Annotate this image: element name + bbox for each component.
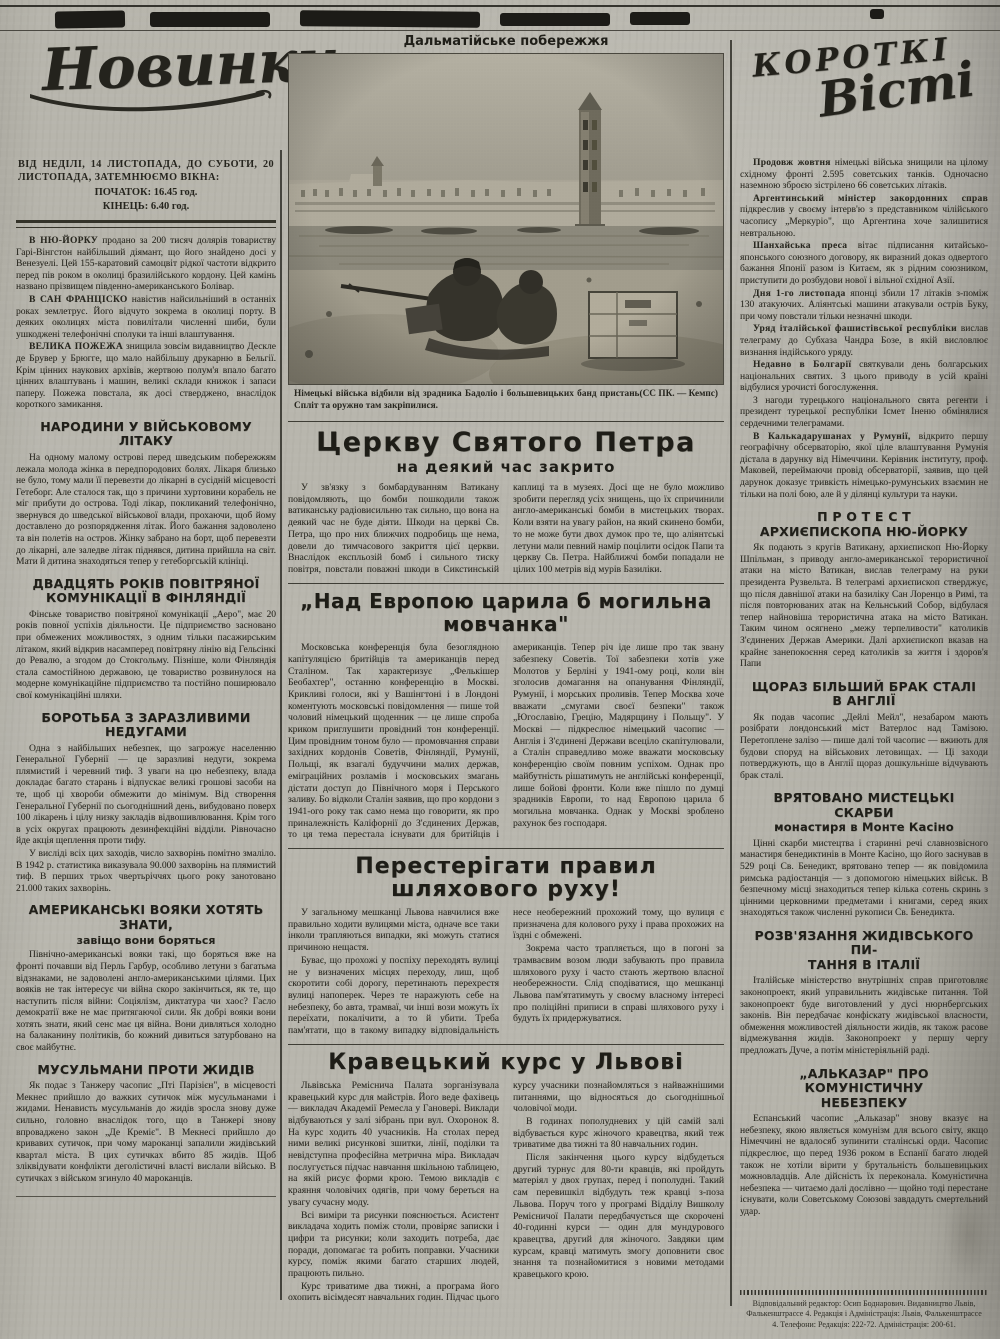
right-section-steel-shortage: ЩОРАЗ БІЛЬШИЙ БРАК СТАЛІ В АНГЛІЇ Як под… [740,672,988,784]
article-title: Церкву Святого Петра [288,428,724,457]
right-column: КОРОТКІ Вісті Продовж жовтня німецькі ві… [740,40,988,1330]
section-title: РОЗВ'ЯЗАННЯ ЖИДІВСЬКОГО ПИ- [744,929,984,958]
article-paragraph: В годинах пополудневих у цій самій залі … [513,1116,724,1151]
cutoff-headline-fragment [500,13,610,26]
article-body: Львівська Реміснича Палата зорганізувала… [288,1080,724,1304]
brief-lead: ВЕЛИКА ПОЖЕЖА [29,342,123,352]
right-section-monte-cassino: ВРЯТОВАНО МИСТЕЦЬКІ СКАРБИ монастиря в М… [740,783,988,921]
article-paragraph: Фінське товариство повітряної комунікаці… [16,610,276,703]
news-brief: ВЕЛИКА ПОЖЕЖА знищила зовсім видавництво… [16,342,276,412]
column-rule-left [280,150,282,1300]
news-brief: В НЮ-ЙОРКУ продано за 200 тисяч долярів … [16,236,276,294]
article-title: „Над Европою царила б могильна мовчанка" [288,590,724,636]
brief-lead: Аргентинський міністер закордонних справ [753,194,988,204]
article-paragraph: Зокрема часто трапляється, що в погоні з… [513,943,724,1025]
blackout-start: ПОЧАТОК: 16.45 год. [16,186,276,200]
article-paragraph: Північно-американські вояки такі, що бор… [16,950,276,1054]
article-traffic-rules: Перестерігати правил шляхового руху! У з… [288,848,724,1037]
section-title-line2: НЕБЕЗПЕКУ [744,1096,984,1111]
brief-text: знищила зовсім видавництво Дескле де Бру… [16,342,276,410]
section-title: НАРОДИНИ У ВІЙСЬКОВОМУ ЛІТАКУ [20,420,272,449]
article-paragraph: Як подає з Танжеру часопис „Пті Парізієн… [16,1081,276,1185]
section-title: АМЕРИКАНСЬКІ ВОЯКИ ХОТЯТЬ ЗНАТИ, [20,903,272,932]
section-title-line2: В АНГЛІЇ [744,694,984,709]
brief-lead: Дня 1-го листопада [753,289,846,299]
article-paragraph: У висліді всіх цих заходів, число захвор… [16,849,276,895]
left-column: Новинки ВІД НЕДІЛІ, 14 ЛИСТОПАДА, ДО СУБ… [16,36,276,1197]
brief-lead: Шанхайська преса [753,241,847,251]
article-paragraph: Всі виміри та рисунки пояснюється. Асист… [288,1210,499,1280]
photo-illustration [289,54,723,384]
cutoff-headline-fragment [150,12,270,27]
brief-lead: З нагоди турецького національного свята [753,396,939,406]
news-brief: В Калькадарушанах у Румунії, відкрито пе… [740,432,988,502]
section-subtitle: завіщо вони боряться [16,934,276,947]
top-rule [0,5,1000,7]
article-st-peters: Церкву Святого Петра на деякий час закри… [288,421,724,576]
article-paragraph: На одному малому острові перед шведським… [16,453,276,569]
news-brief: Шанхайська преса вітає підписання китайс… [740,241,988,287]
blackout-notice: ВІД НЕДІЛІ, 14 ЛИСТОПАДА, ДО СУБОТИ, 20 … [18,158,274,184]
article-body: У зв'язку з бомбардуванням Ватикану пові… [288,482,724,576]
article-paragraph: Еспанський часопис „Альказар" знову вказ… [740,1114,988,1218]
photo-credit: (СС ПК. — Кемпс) [639,389,718,401]
photo-split-harbor [288,53,724,385]
cutoff-headline-fragment [300,10,480,28]
news-brief: Недавно в Болгарії святкували день болга… [740,360,988,395]
left-section-finland-aviation: ДВАДЦЯТЬ РОКІВ ПОВІТРЯНОЇ КОМУНІКАЦІЇ В … [16,577,276,703]
article-paragraph: Італійське міністерство внутрішніх справ… [740,976,988,1057]
photo-section-heading: Дальматійське побережжя [288,34,724,49]
section-title: П Р О Т Е С Т [744,510,984,525]
news-brief: З нагоди турецького національного свята … [740,396,988,431]
photo-caption: (СС ПК. — Кемпс) Німецькі війська відбил… [294,389,718,412]
article-paragraph: Як подають з кругів Ватикану, архиєписко… [740,543,988,671]
news-brief: В САН ФРАНЦІСКО навістив найсильніший в … [16,295,276,341]
news-brief: Уряд італійської фашистівської республік… [740,324,988,359]
left-section-american-soldiers: АМЕРИКАНСЬКІ ВОЯКИ ХОТЯТЬ ЗНАТИ, завіщо … [16,903,276,1054]
left-masthead: Новинки [16,36,276,154]
right-briefs: Продовж жовтня німецькі війська знищили … [740,158,988,502]
cutoff-headline-fragment [55,10,125,28]
blackout-end: КІНЕЦЬ: 6.40 год. [16,200,276,214]
article-paragraph: Одна з найбільших небезпек, що загрожує … [16,744,276,848]
right-section-protest: П Р О Т Е С Т АРХИЄПИСКОПА НЮ-ЙОРКУ Як п… [740,502,988,672]
right-section-alcazar: „АЛЬКАЗАР" ПРО КОМУНІСТИЧНУ НЕБЕЗПЕКУ Ес… [740,1059,988,1220]
news-brief: Продовж жовтня німецькі війська знищили … [740,158,988,193]
article-paragraph: Як подав часопис „Дейлі Мейл", незабаром… [740,713,988,783]
article-paragraph: Цінні скарби мистецтва і старинні речі с… [740,839,988,920]
article-body: Московська конференція була безоглядною … [288,642,724,841]
section-title-line2: монастиря в Монте Касіно [744,820,984,835]
spacer [740,1219,988,1283]
left-section-epidemics: БОРОТЬБА З ЗАРАЗЛИВИМИ НЕДУГАМИ Одна з н… [16,711,276,896]
imprint: Відповідальний редактор: Осип Боднарович… [744,1299,984,1331]
section-title: БОРОТЬБА З ЗАРАЗЛИВИМИ НЕДУГАМИ [20,711,272,740]
section-title-line2: АРХИЄПИСКОПА НЮ-ЙОРКУ [744,525,984,540]
section-title: МУСУЛЬМАНИ ПРОТИ ЖИДІВ [20,1063,272,1078]
photo-caption-text: Німецькі війська відбили від зрадника Ба… [294,389,639,411]
right-masthead: КОРОТКІ Вісті [740,40,988,158]
article-subtitle: на деякий час закрито [288,458,724,476]
brief-text: підкреслив у своєму інтерв'ю з представн… [740,205,988,238]
brief-lead: Уряд італійської фашистівської республік… [753,324,957,334]
article-title: Перестерігати правил шляхового руху! [288,855,724,901]
left-bottom-rule [16,1196,276,1197]
brief-lead: Недавно в Болгарії [753,360,851,370]
brief-lead: В САН ФРАНЦІСКО [29,295,128,305]
article-europe-silence: „Над Европою царила б могильна мовчанка"… [288,583,724,841]
news-brief: Аргентинський міністер закордонних справ… [740,194,988,240]
brief-lead: В Калькадарушанах у Румунії, [753,432,911,442]
section-title: ВРЯТОВАНО МИСТЕЦЬКІ СКАРБИ [744,791,984,820]
article-tailoring-course: Кравецький курс у Львові Львівська Реміс… [288,1044,724,1304]
brief-lead: В НЮ-ЙОРКУ [29,236,98,246]
news-brief: Дня 1-го листопада японці збили 17 літак… [740,289,988,324]
section-title: „АЛЬКАЗАР" ПРО КОМУНІСТИЧНУ [744,1067,984,1096]
section-title: ДВАДЦЯТЬ РОКІВ ПОВІТРЯНОЇ КОМУНІКАЦІЇ В … [20,577,272,606]
article-paragraph: Московська конференція була безоглядною … [288,642,724,841]
section-title-line2: ТАННЯ В ІТАЛІЇ [744,958,984,973]
left-section-birth-in-plane: НАРОДИНИ У ВІЙСЬКОВОМУ ЛІТАКУ На одному … [16,420,276,569]
newspaper-page: Новинки ВІД НЕДІЛІ, 14 ЛИСТОПАДА, ДО СУБ… [0,0,1000,1339]
center-column: Дальматійське побережжя [288,34,724,1304]
article-paragraph: Після закінчення цього курсу відбудеться… [513,1152,724,1281]
article-paragraph: Львівська Реміснича Палата зорганізувала… [288,1080,499,1209]
column-rule-right [730,40,732,1306]
article-body: У загальному мешканці Львова навчилися в… [288,907,724,1037]
section-title: ЩОРАЗ БІЛЬШИЙ БРАК СТАЛІ [744,680,984,695]
left-briefs: В НЮ-ЙОРКУ продано за 200 тисяч долярів … [16,236,276,412]
double-rule [16,220,276,228]
article-paragraph: У загальному мешканці Львова навчилися в… [288,907,499,954]
footer-dotted-rule [740,1290,988,1295]
article-paragraph: У зв'язку з бомбардуванням Ватикану пові… [288,482,724,576]
top-rule-2 [0,30,1000,31]
cutoff-headline-fragment [870,9,884,19]
right-section-jewish-question: РОЗВ'ЯЗАННЯ ЖИДІВСЬКОГО ПИ- ТАННЯ В ІТАЛ… [740,921,988,1059]
article-title: Кравецький курс у Львові [288,1051,724,1074]
brief-lead: Продовж жовтня [753,158,831,168]
cutoff-headline-fragment [630,12,690,25]
left-section-muslims: МУСУЛЬМАНИ ПРОТИ ЖИДІВ Як подає з Танжер… [16,1063,276,1186]
